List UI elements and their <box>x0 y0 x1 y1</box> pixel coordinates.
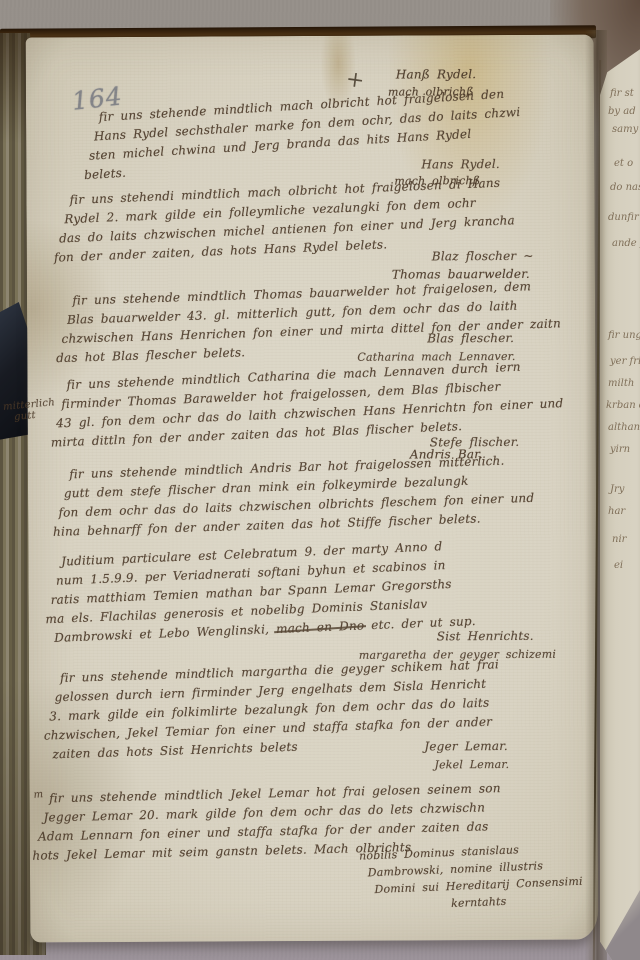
entry7-line: fir uns stehende mindtlich margartha die… <box>60 655 499 688</box>
entry3-line: das hot Blas flescher belets. <box>56 333 562 368</box>
closing-line: nobilis Dominus stanislaus <box>359 839 582 865</box>
manuscript-entry: fir uns stehendi mindtlich mach olbricht… <box>69 173 516 267</box>
entry1-heading: Hanß Rydel. <box>396 65 477 84</box>
manuscript-entry: fir uns stehende mindtlich Andris Bar ho… <box>69 451 535 542</box>
latin-line: num 1.5.9.9. per Veriadnerati softani by… <box>56 555 474 591</box>
manuscript-entry-latin: Juditium particulare est Celebratum 9. d… <box>61 536 476 647</box>
entry4-line: fir uns stehende mindtlich Catharina die… <box>66 356 562 395</box>
entry4-line: firminder Thomas Barawelder hot fraigelo… <box>61 375 563 414</box>
table-visible-corner <box>600 890 640 960</box>
margin-note-line: gutt <box>14 408 57 423</box>
latin-line: Dambrowski et Lebo Wenglinski, mach en D… <box>54 612 476 648</box>
right-page-text-fragment: dunfir <box>608 212 639 223</box>
entry3-signature2: Catharina mach Lennaver. <box>357 347 515 367</box>
entry1-line: sten michel chwina und Jerg branda das h… <box>89 122 522 166</box>
entry1-line: fir uns stehende mindtlich mach olbricht… <box>98 84 519 127</box>
right-page-text-fragment: nir <box>612 534 626 545</box>
manuscript-left-page: 164 + Hanß Rydel. mach olbrichß fir uns … <box>26 35 599 943</box>
right-page-text-fragment: fir st <box>610 88 634 99</box>
closing-line: Dambrowski, nomine illustris <box>367 856 582 882</box>
margin-mark: m <box>33 789 44 801</box>
entry5-line: fon dem ochr das do laits chzwischen olb… <box>58 489 534 523</box>
entry2-line: fon der ander zaiten, das hots Hans Ryde… <box>54 230 516 268</box>
right-page-text-fragment: ande f <box>612 238 640 249</box>
manuscript-photo: 164 + Hanß Rydel. mach olbrichß fir uns … <box>0 0 640 960</box>
entry6-signature: Sist Henrichts. <box>437 627 534 647</box>
closing-line: kerntahts <box>451 890 584 912</box>
latin-line: Juditium particulare est Celebratum 9. d… <box>61 536 473 572</box>
entry5-line: hina behnarff fon der ander zaiten das h… <box>53 508 535 542</box>
manuscript-entry: fir uns stehende mindtlich Thomas bauarw… <box>72 276 562 367</box>
right-page-text-fragment: ei <box>614 560 623 571</box>
manuscript-entry: fir uns stehende mindtlich Catharina die… <box>66 356 564 452</box>
right-page-text-fragment: yer fri <box>610 356 640 367</box>
entry7-signature2: Jekel Lemar. <box>434 755 509 774</box>
folio-number: 164 <box>71 86 123 110</box>
entry2-heading: mach olbrichß <box>394 171 480 190</box>
right-page-text-fragment: fir ung <box>608 330 640 341</box>
entry2-line: fir uns stehendi mindtlich mach olbricht… <box>69 173 513 210</box>
entry7-line: gelossen durch iern firminder Jerg engel… <box>54 674 499 707</box>
right-page-text-fragment: milth <box>608 378 634 389</box>
struck-through-text: mach en Dno <box>276 618 365 636</box>
entry5-heading: Andris Bar. <box>410 445 483 464</box>
entry7-line: chzwischen, Jekel Temiar fon einer und s… <box>44 712 501 745</box>
right-page-text-fragment: yirn <box>610 444 630 455</box>
entry3-signature: Blas flescher. <box>427 329 514 348</box>
entry4-line: mirta dittln fon der ander zaiten das ho… <box>51 413 565 453</box>
entry1-signature: Hans Rydel. <box>421 155 500 174</box>
closing-line: Domini sui Hereditarij Consensimi <box>374 873 583 898</box>
entry8-line: Jegger Lemar 20. mark gilde fon dem ochr… <box>43 798 501 827</box>
cross-mark: + <box>344 67 366 94</box>
entry7-line: zaiten das hots Sist Henrichts belets <box>52 731 501 764</box>
latin-line: ma els. Flachilas generosis et nobelibg … <box>45 593 475 629</box>
right-page-text-fragment: samy <box>612 124 638 135</box>
manuscript-entry: fir uns stehende mindtlich mach olbricht… <box>98 84 523 184</box>
entry7-signature: Jeger Lemar. <box>424 737 508 756</box>
entry3-line: Blas bauarwelder 43. gl. mitterlich gutt… <box>67 295 561 329</box>
closing-attestation: nobilis Dominus stanislaus Dambrowski, n… <box>359 839 584 916</box>
entry8-line: hots Jekel Lemar mit seim ganstn belets.… <box>32 836 502 866</box>
entry8-line: fir uns stehende mindtlich Jekel Lemar h… <box>49 779 501 808</box>
manuscript-entry: fir uns stehende mindtlich Jekel Lemar h… <box>49 779 502 865</box>
margin-note: mitterlich gutt <box>3 397 57 424</box>
entry3-line: fir uns stehende mindtlich Thomas bauarw… <box>72 276 560 310</box>
right-page-text-fragment: har <box>608 506 625 517</box>
entry6-signature2: margaretha der geyger schizemi <box>359 645 556 665</box>
entry5-line: gutt dem stefe flischer dran mink ein fo… <box>64 470 534 504</box>
entry1-line: belets. <box>84 141 523 185</box>
latin-line-part: etc. der ut sup. <box>364 614 476 632</box>
manuscript-entry: fir uns stehende mindtlich margartha die… <box>60 655 502 764</box>
right-page-text-fragment: do nas <box>610 182 640 193</box>
entry3-heading: Thomas bauarwelder. <box>392 265 530 285</box>
entry1-line: Hans Rydel sechsthaler marke fon dem och… <box>93 103 520 147</box>
entry3-line: chzwischen Hans Henrichen fon einer und … <box>61 314 561 349</box>
right-page-text-fragment: by ad <box>608 106 636 117</box>
entry2-line: Rydel 2. mark gilde ein folleymliche vez… <box>64 192 514 229</box>
latin-line-part: Dambrowski et Lebo Wenglinski, <box>54 622 276 645</box>
entry2-line: das do laits chzwischen michel antienen … <box>59 211 515 248</box>
entry2-signature: Blaz floscher ~ <box>432 247 534 267</box>
entry5-line: fir uns stehende mindtlich Andris Bar ho… <box>69 451 533 485</box>
entry7-line: 3. mark gilde ein folkimlirte bezalungk … <box>49 693 500 726</box>
entry4-signature: Stefe flischer. <box>430 433 520 452</box>
right-page-text-fragment: althan <box>608 422 640 433</box>
latin-line: ratis matthiam Temien mathan bar Spann L… <box>50 574 474 610</box>
entry8-line: Adam Lennarn fon einer und staffa stafka… <box>38 817 502 847</box>
right-page-text-fragment: et o <box>614 158 633 169</box>
right-page-text-fragment: krban d <box>606 400 640 411</box>
right-page-text-fragment: Jry <box>610 484 624 495</box>
manuscript-right-page-sliver: fir st by ad samy et o do nas dunfir and… <box>600 40 640 960</box>
entry1-subheading: mach olbrichß <box>388 82 474 101</box>
entry4-line: 43 gl. fon dem ochr das do laith chzwisc… <box>56 394 564 433</box>
